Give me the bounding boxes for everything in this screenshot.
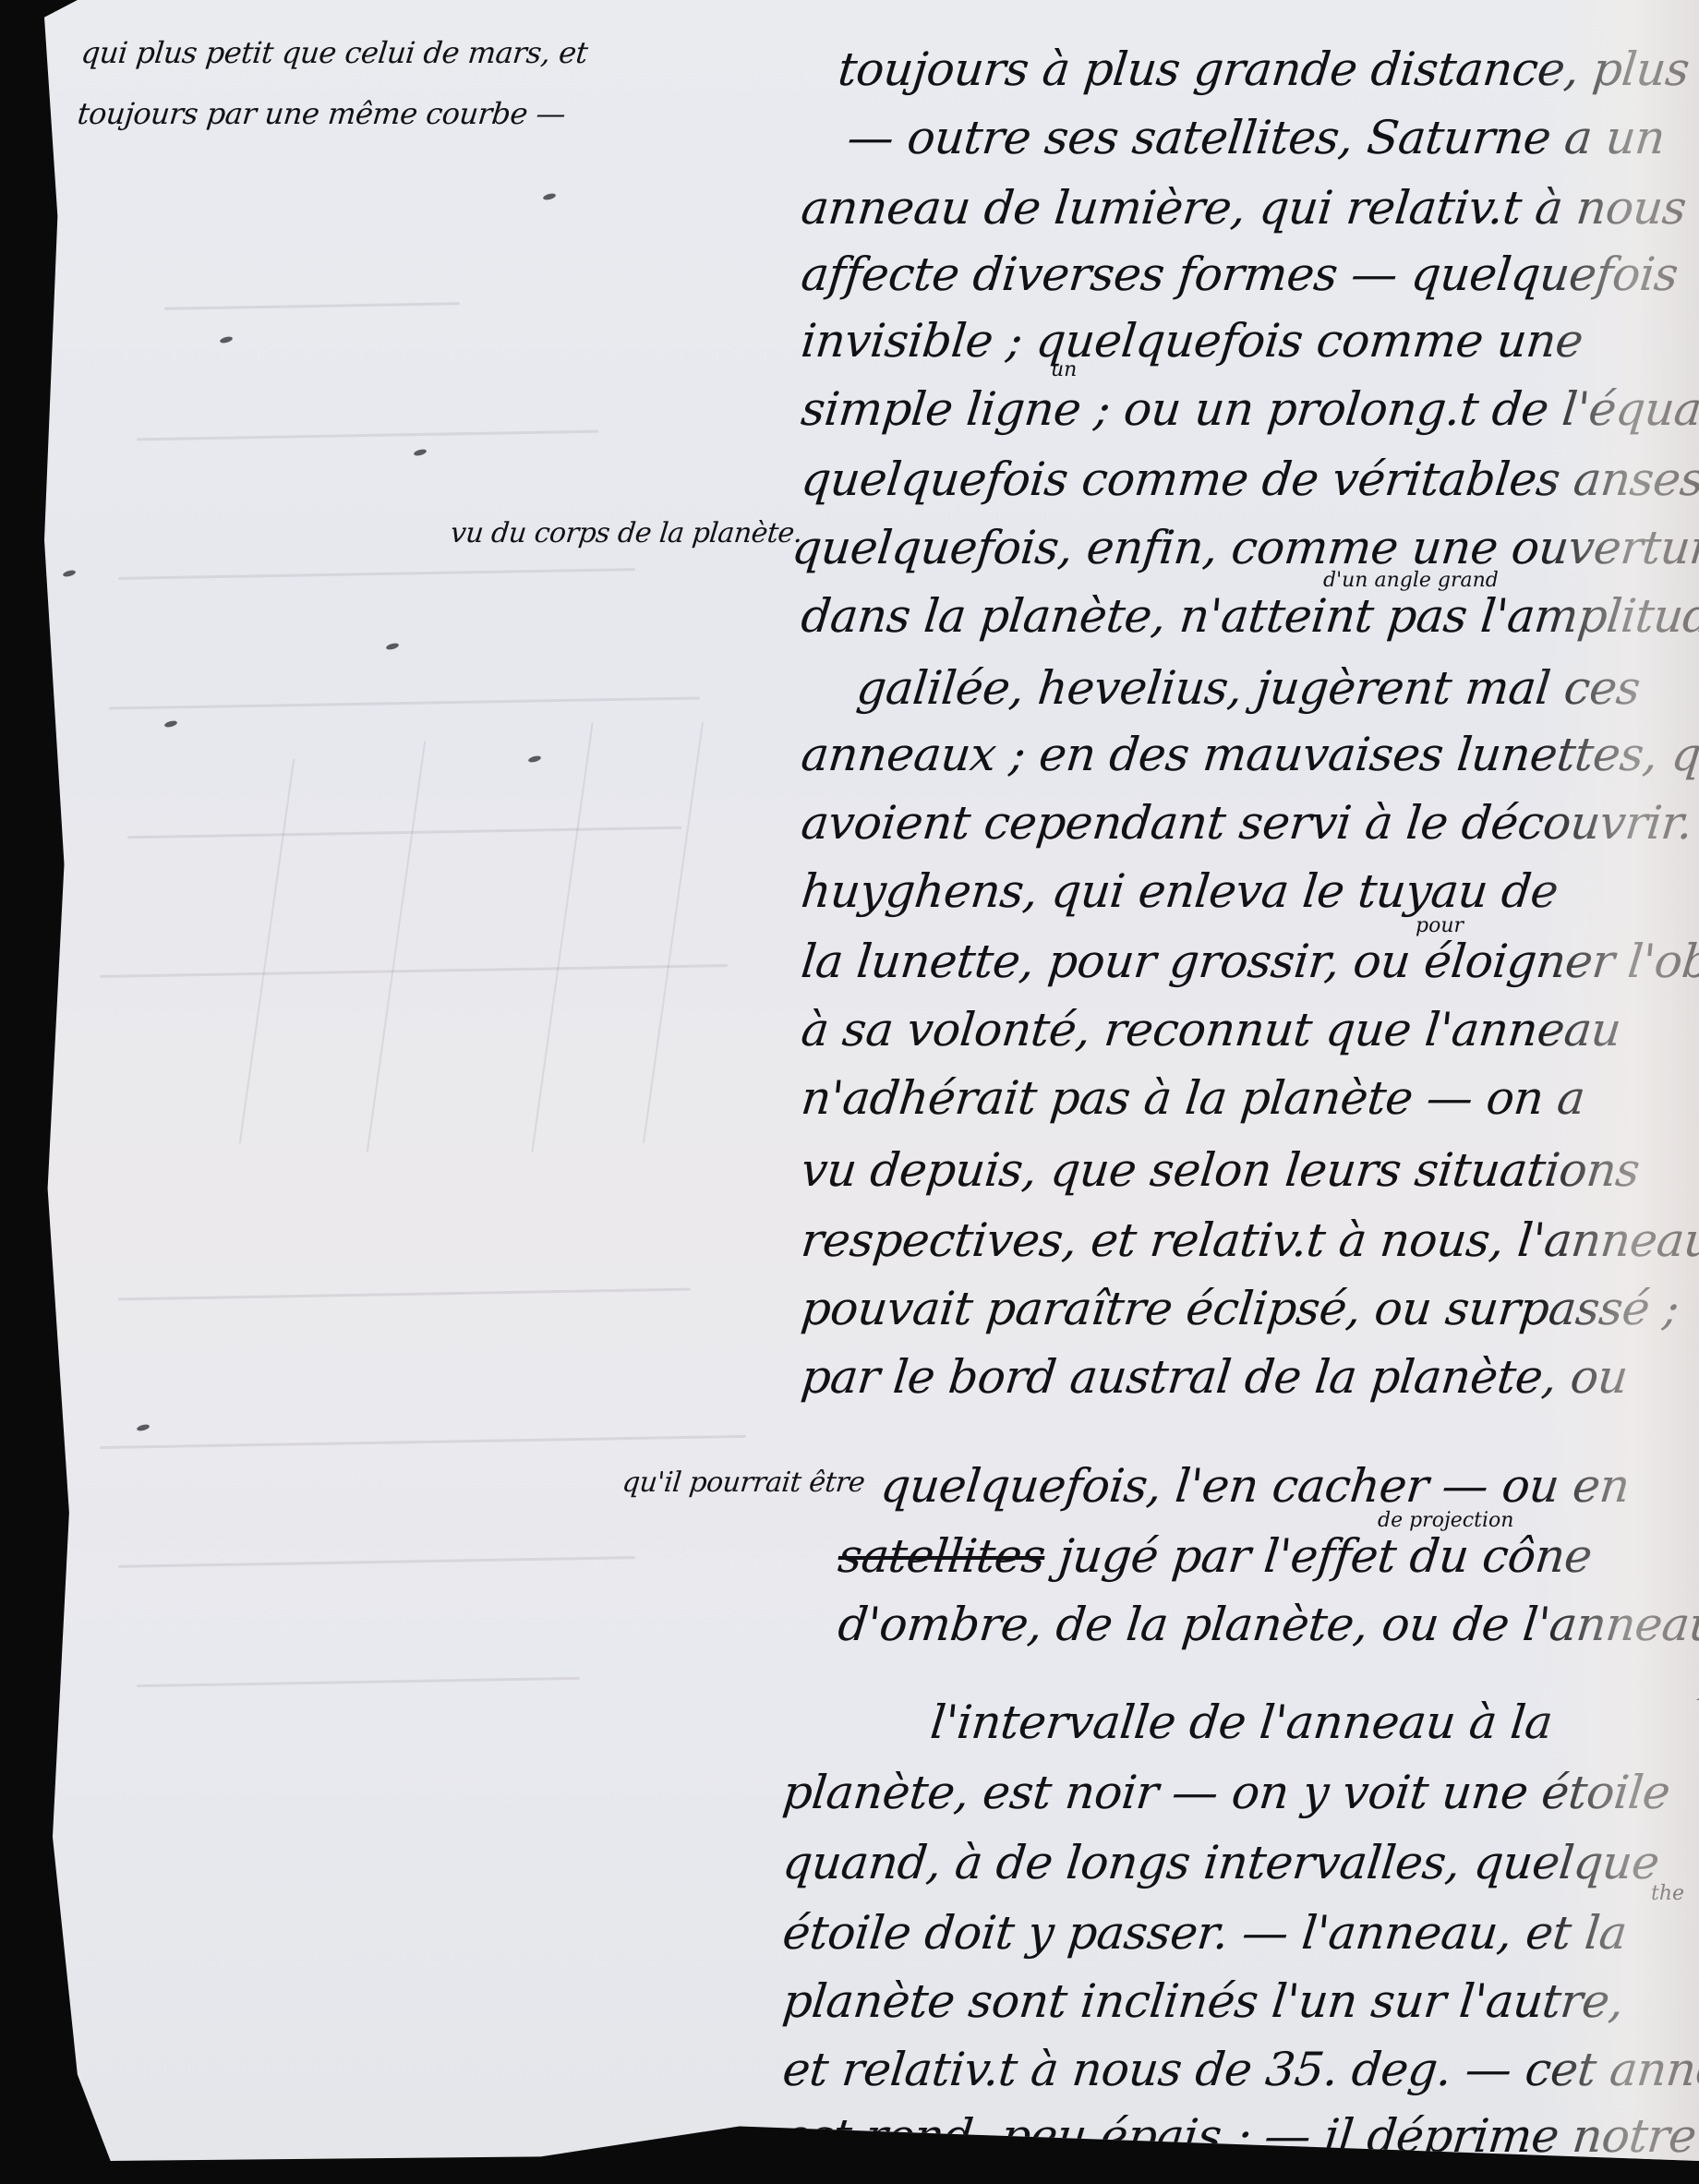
ink-blot xyxy=(413,448,427,456)
margin-note-lower: qu'il pourrait être xyxy=(621,1466,866,1499)
bleed-through-mark xyxy=(137,1677,580,1687)
bleed-through-mark xyxy=(118,568,635,580)
bleed-through-mark xyxy=(531,722,593,1152)
text-line-20: par le bord austral de la planète, ou xyxy=(799,1350,1631,1404)
text-line-7: quelquefois comme de véritables anses ; xyxy=(799,452,1699,506)
text-line-16: n'adhérait pas à la planète — on a xyxy=(799,1071,1587,1125)
text-line-27: étoile doit y passer. — l'anneau, et la xyxy=(780,1906,1630,1960)
text-line-25: planète, est noir — on y voit une étoile xyxy=(780,1766,1672,1819)
text-line-13: huyghens, qui enleva le tuyau de xyxy=(799,864,1560,918)
text-line-21: quelquefois, l'en cacher — ou en xyxy=(878,1459,1632,1513)
text-line-18: respectives, et relativ.t à nous, l'anne… xyxy=(799,1213,1699,1267)
bleed-through-mark xyxy=(109,696,700,709)
margin-note-top-1: qui plus petit que celui de mars, et xyxy=(79,35,589,70)
bleed-through-mark xyxy=(127,827,681,839)
ink-blot xyxy=(542,192,556,200)
ink-blot xyxy=(527,754,541,763)
text-line-8: quelquefois, enfin, comme une ouverture xyxy=(789,521,1699,574)
interlinear-insertion: un xyxy=(1051,358,1077,381)
text-line-11: anneaux ; en des mauvaises lunettes, qui xyxy=(799,728,1699,781)
text-line-5: invisible ; quelquefois comme une xyxy=(799,314,1585,368)
ink-blot xyxy=(62,569,76,577)
bleed-through-mark xyxy=(118,1288,691,1301)
text-line-10: galilée, hevelius, jugèrent mal ces xyxy=(854,661,1643,715)
bleed-through-mark xyxy=(164,302,460,310)
text-line-15: à sa volonté, reconnut que l'anneau xyxy=(799,1003,1623,1056)
text-line-22-rest: jugé par l'effet du cône xyxy=(1056,1529,1595,1583)
struck-word: satellites xyxy=(836,1529,1048,1583)
text-line-28: planète sont inclinés l'un sur l'autre, xyxy=(780,1974,1626,2028)
ink-blot xyxy=(219,335,233,344)
bleed-through-mark xyxy=(239,759,295,1143)
margin-note-top-2: toujours par une même courbe — xyxy=(76,96,567,131)
text-line-26: quand, à de longs intervalles, quelque xyxy=(780,1836,1662,1889)
text-line-3: anneau de lumière, qui relativ.t à nous xyxy=(799,181,1689,235)
bleed-through-mark xyxy=(643,722,704,1143)
text-line-2: — outre ses satellites, Saturne a un xyxy=(845,111,1668,164)
ink-blot xyxy=(385,642,399,650)
text-line-29: et relativ.t à nous de 35. deg. — cet an… xyxy=(780,2043,1699,2096)
text-line-9: dans la planète, n'atteint pas l'amplitu… xyxy=(799,589,1699,643)
bleed-through-mark xyxy=(137,430,598,441)
text-line-1: toujours à plus grande distance, plus pe… xyxy=(836,42,1699,96)
text-line-23: d'ombre, de la planète, ou de l'anneau. xyxy=(836,1598,1699,1651)
bleed-through-mark xyxy=(367,741,427,1152)
bleed-through-mark xyxy=(100,964,728,978)
text-line-17: vu depuis, que selon leurs situations xyxy=(799,1143,1642,1197)
text-line-19: pouvait paraître éclipsé, ou surpassé ; xyxy=(799,1282,1681,1335)
ink-blot xyxy=(163,719,177,728)
text-line-22: satellites jugé par l'effet du cône xyxy=(836,1529,1595,1583)
text-line-24: l'intervalle de l'anneau à la xyxy=(928,1695,1555,1749)
bleed-through-mark xyxy=(118,1556,635,1568)
text-line-14: la lunette, pour grossir, ou éloigner l'… xyxy=(799,935,1699,988)
text-line-6: simple ligne ; ou un prolong.t de l'équa… xyxy=(799,382,1699,436)
margin-note-mid: vu du corps de la planète. xyxy=(449,517,804,549)
ink-blot xyxy=(136,1423,150,1431)
manuscript-scan: qui plus petit que celui de mars, et tou… xyxy=(0,0,1699,2184)
text-line-30: est rond, peu épais ; — il déprime notre… xyxy=(780,2109,1699,2163)
bleed-through-mark xyxy=(100,1435,746,1449)
paper-sheet: qui plus petit que celui de mars, et tou… xyxy=(44,0,1699,2161)
interlinear-insertion: the xyxy=(1651,1882,1684,1905)
text-line-12: avoient cependant servi à le découvrir. xyxy=(799,796,1695,850)
text-line-4: affecte diverses formes — quelquefois xyxy=(799,247,1681,301)
